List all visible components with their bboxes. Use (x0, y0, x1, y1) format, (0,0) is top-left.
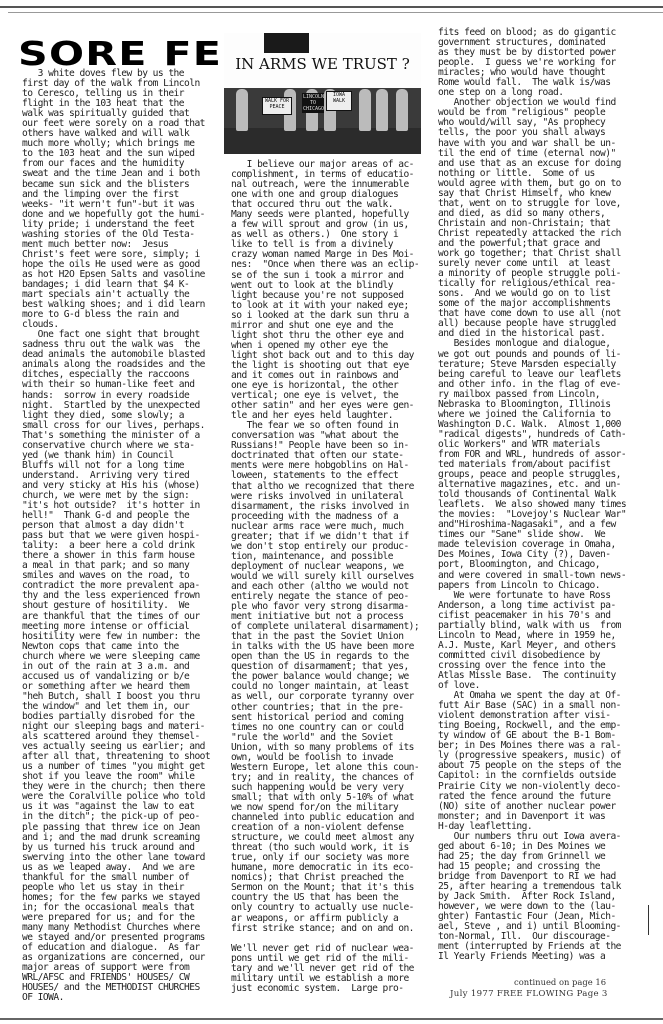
photo-sign: LINCOLN TO CHICAGO (302, 93, 324, 113)
bottom-rule (0, 1018, 663, 1020)
photo-banner-text: IN ARMS WE TRUST ? (224, 55, 421, 73)
photo-person (396, 89, 408, 131)
text-line: Capitol: in the cornfields outside (438, 771, 626, 781)
photo-person (236, 89, 248, 131)
text-line: in the ditch"; the pick-up of peo- (22, 812, 210, 822)
text-line: Il Yearly Friends Meeting) was a (438, 952, 626, 962)
article-column-1: 3 white doves flew by us thefirst day of… (22, 69, 210, 1003)
photo-sign: WALK FOR PEACE (262, 97, 292, 115)
photo-sign: IOWA WALK (326, 91, 352, 111)
top-rule (0, 6, 663, 8)
text-line: first strike stance; and on and on. (231, 924, 419, 934)
top-rule-thin (8, 12, 663, 13)
text-line: Besides monlogue and dialogue, (438, 339, 626, 349)
text-line: with their so human-like feet and (22, 380, 210, 390)
text-line: only country to actually use nucle- (231, 903, 419, 913)
text-line: OF IOWA. (22, 993, 210, 1003)
margin-mark (648, 905, 649, 935)
article-column-2: I believe our major areas of ac-complish… (231, 160, 419, 994)
article-column-3: fits feed on blood; as do giganticgovern… (438, 28, 626, 962)
page-footer: July 1977 FREE FLOWING Page 3 (450, 989, 608, 999)
photo-person (376, 89, 388, 131)
text-line: tells, the poor you shall always (438, 128, 626, 138)
photo-person (359, 89, 371, 131)
text-line: just economic system. Large pro- (231, 984, 419, 994)
photo-tree (264, 33, 309, 53)
text-line: sweat and the time Jean and i both (22, 169, 210, 179)
text-line: nes: "Once when there was an eclip- (231, 260, 419, 270)
protest-photo: IN ARMS WE TRUST ? WALK FOR PEACE LINCOL… (224, 33, 421, 154)
text-line: loween, statements to the effect (231, 471, 419, 481)
continued-note: continued on page 16 (514, 977, 606, 987)
photo-ground (224, 128, 421, 154)
